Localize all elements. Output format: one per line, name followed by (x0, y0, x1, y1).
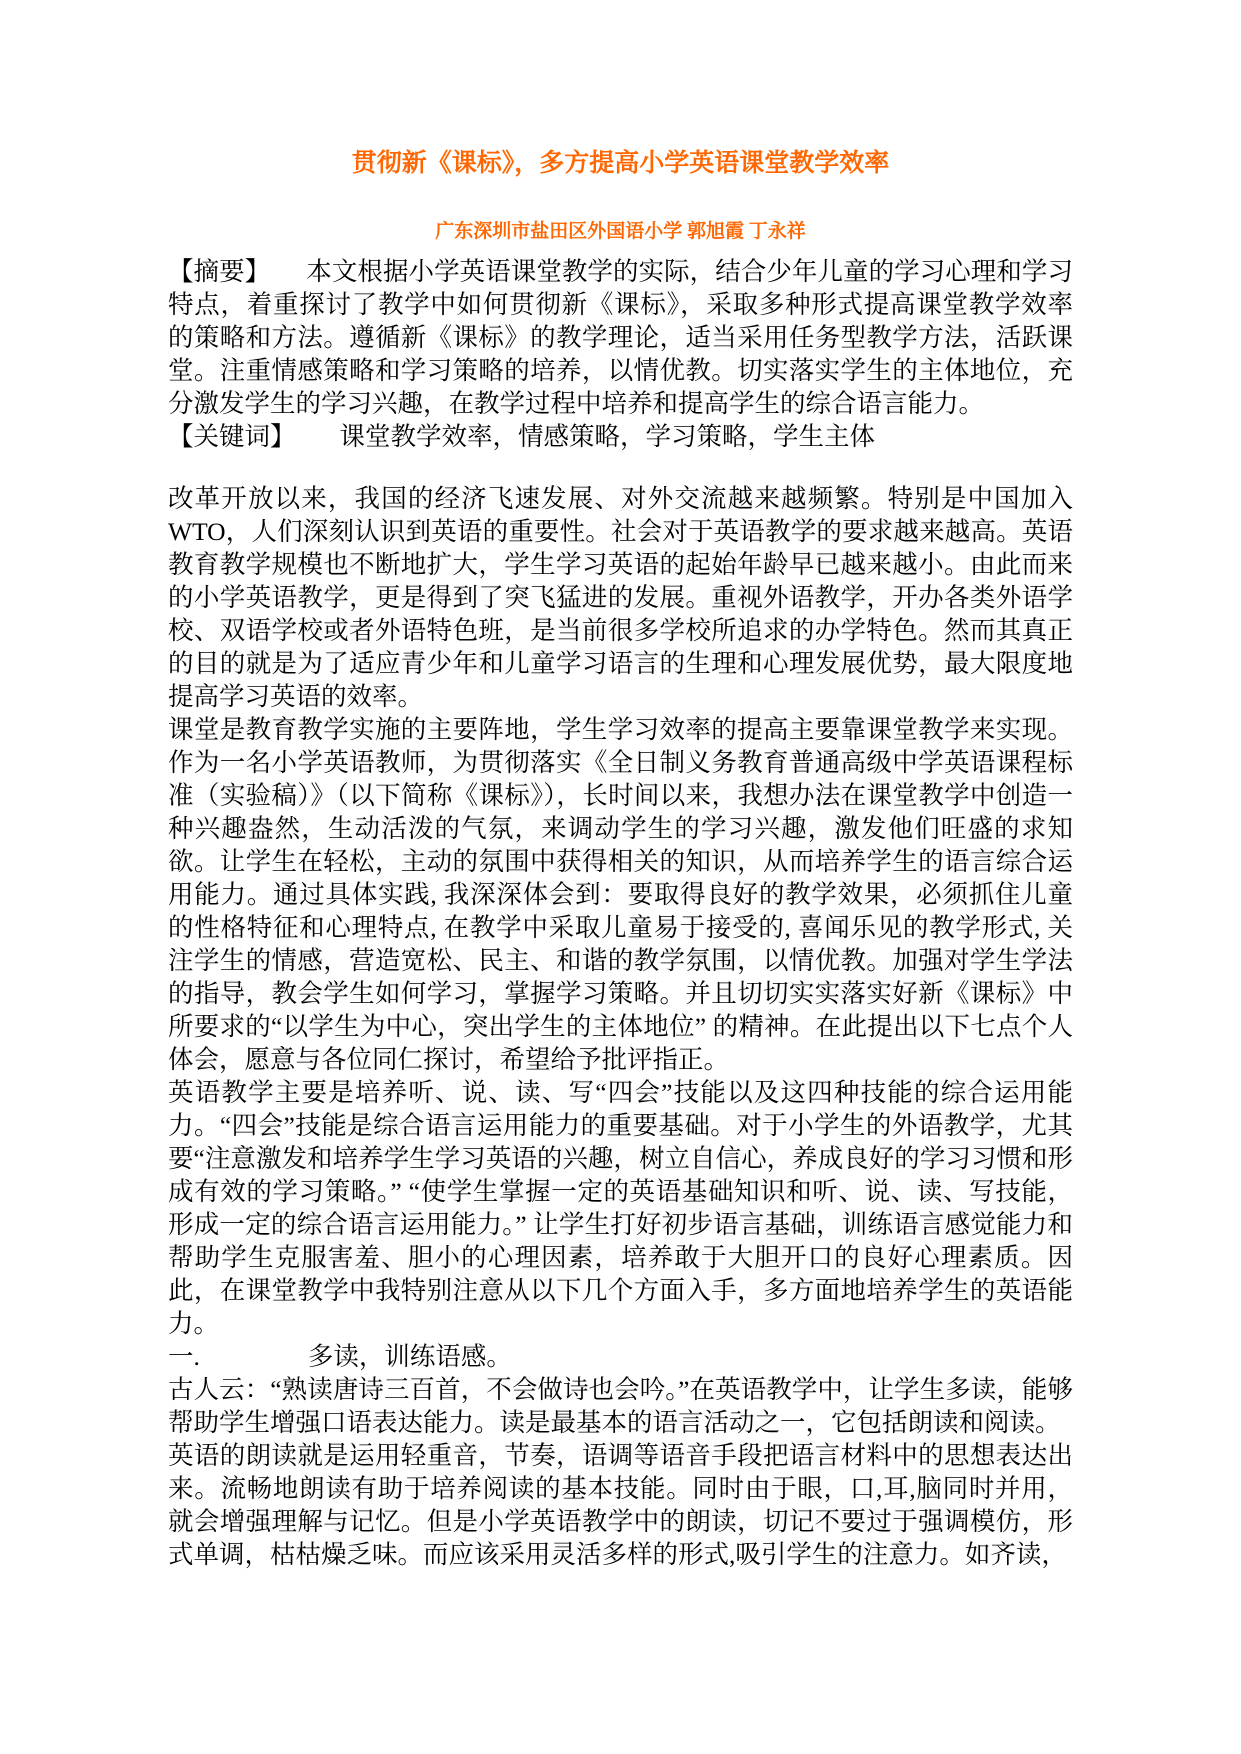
page-title: 贯彻新《课标》，多方提高小学英语课堂教学效率 (168, 148, 1073, 180)
document-content: 贯彻新《课标》，多方提高小学英语课堂教学效率 广东深圳市盐田区外国语小学 郭旭霞… (0, 0, 1241, 1571)
body-paragraph: 课堂是教育教学实施的主要阵地，学生学习效率的提高主要靠课堂教学来实现。作为一名小… (168, 713, 1073, 1076)
section-heading: 一.多读，训练语感。 (168, 1340, 1073, 1373)
body-paragraph: 改革开放以来，我国的经济飞速发展、对外交流越来越频繁。特别是中国加入WTO，人们… (168, 482, 1073, 713)
abstract-label: 【摘要】 (168, 257, 270, 286)
section-title: 多读，训练语感。 (308, 1342, 512, 1371)
body-paragraph: 英语教学主要是培养听、说、读、写“四会”技能以及这四种技能的综合运用能力。“四会… (168, 1076, 1073, 1340)
abstract-paragraph: 【摘要】本文根据小学英语课堂教学的实际，结合少年儿童的学习心理和学习特点，着重探… (168, 255, 1073, 420)
body-paragraph: 英语的朗读就是运用轻重音，节奏，语调等语音手段把语言材料中的思想表达出来。流畅地… (168, 1439, 1073, 1571)
keywords-paragraph: 【关键词】课堂教学效率，情感策略，学习策略，学生主体 (168, 420, 1073, 453)
body-paragraph: 古人云：“熟读唐诗三百首，不会做诗也会吟。”在英语教学中，让学生多读，能够帮助学… (168, 1373, 1073, 1439)
document-page: 贯彻新《课标》，多方提高小学英语课堂教学效率 广东深圳市盐田区外国语小学 郭旭霞… (0, 0, 1241, 1754)
keywords-text: 课堂教学效率，情感策略，学习策略，学生主体 (340, 422, 876, 451)
abstract-text: 本文根据小学英语课堂教学的实际，结合少年儿童的学习心理和学习特点，着重探讨了教学… (168, 257, 1073, 418)
author-byline: 广东深圳市盐田区外国语小学 郭旭霞 丁永祥 (168, 222, 1073, 242)
section-number: 一. (168, 1342, 200, 1371)
keywords-label: 【关键词】 (168, 422, 296, 451)
paragraph-spacer (168, 453, 1073, 482)
